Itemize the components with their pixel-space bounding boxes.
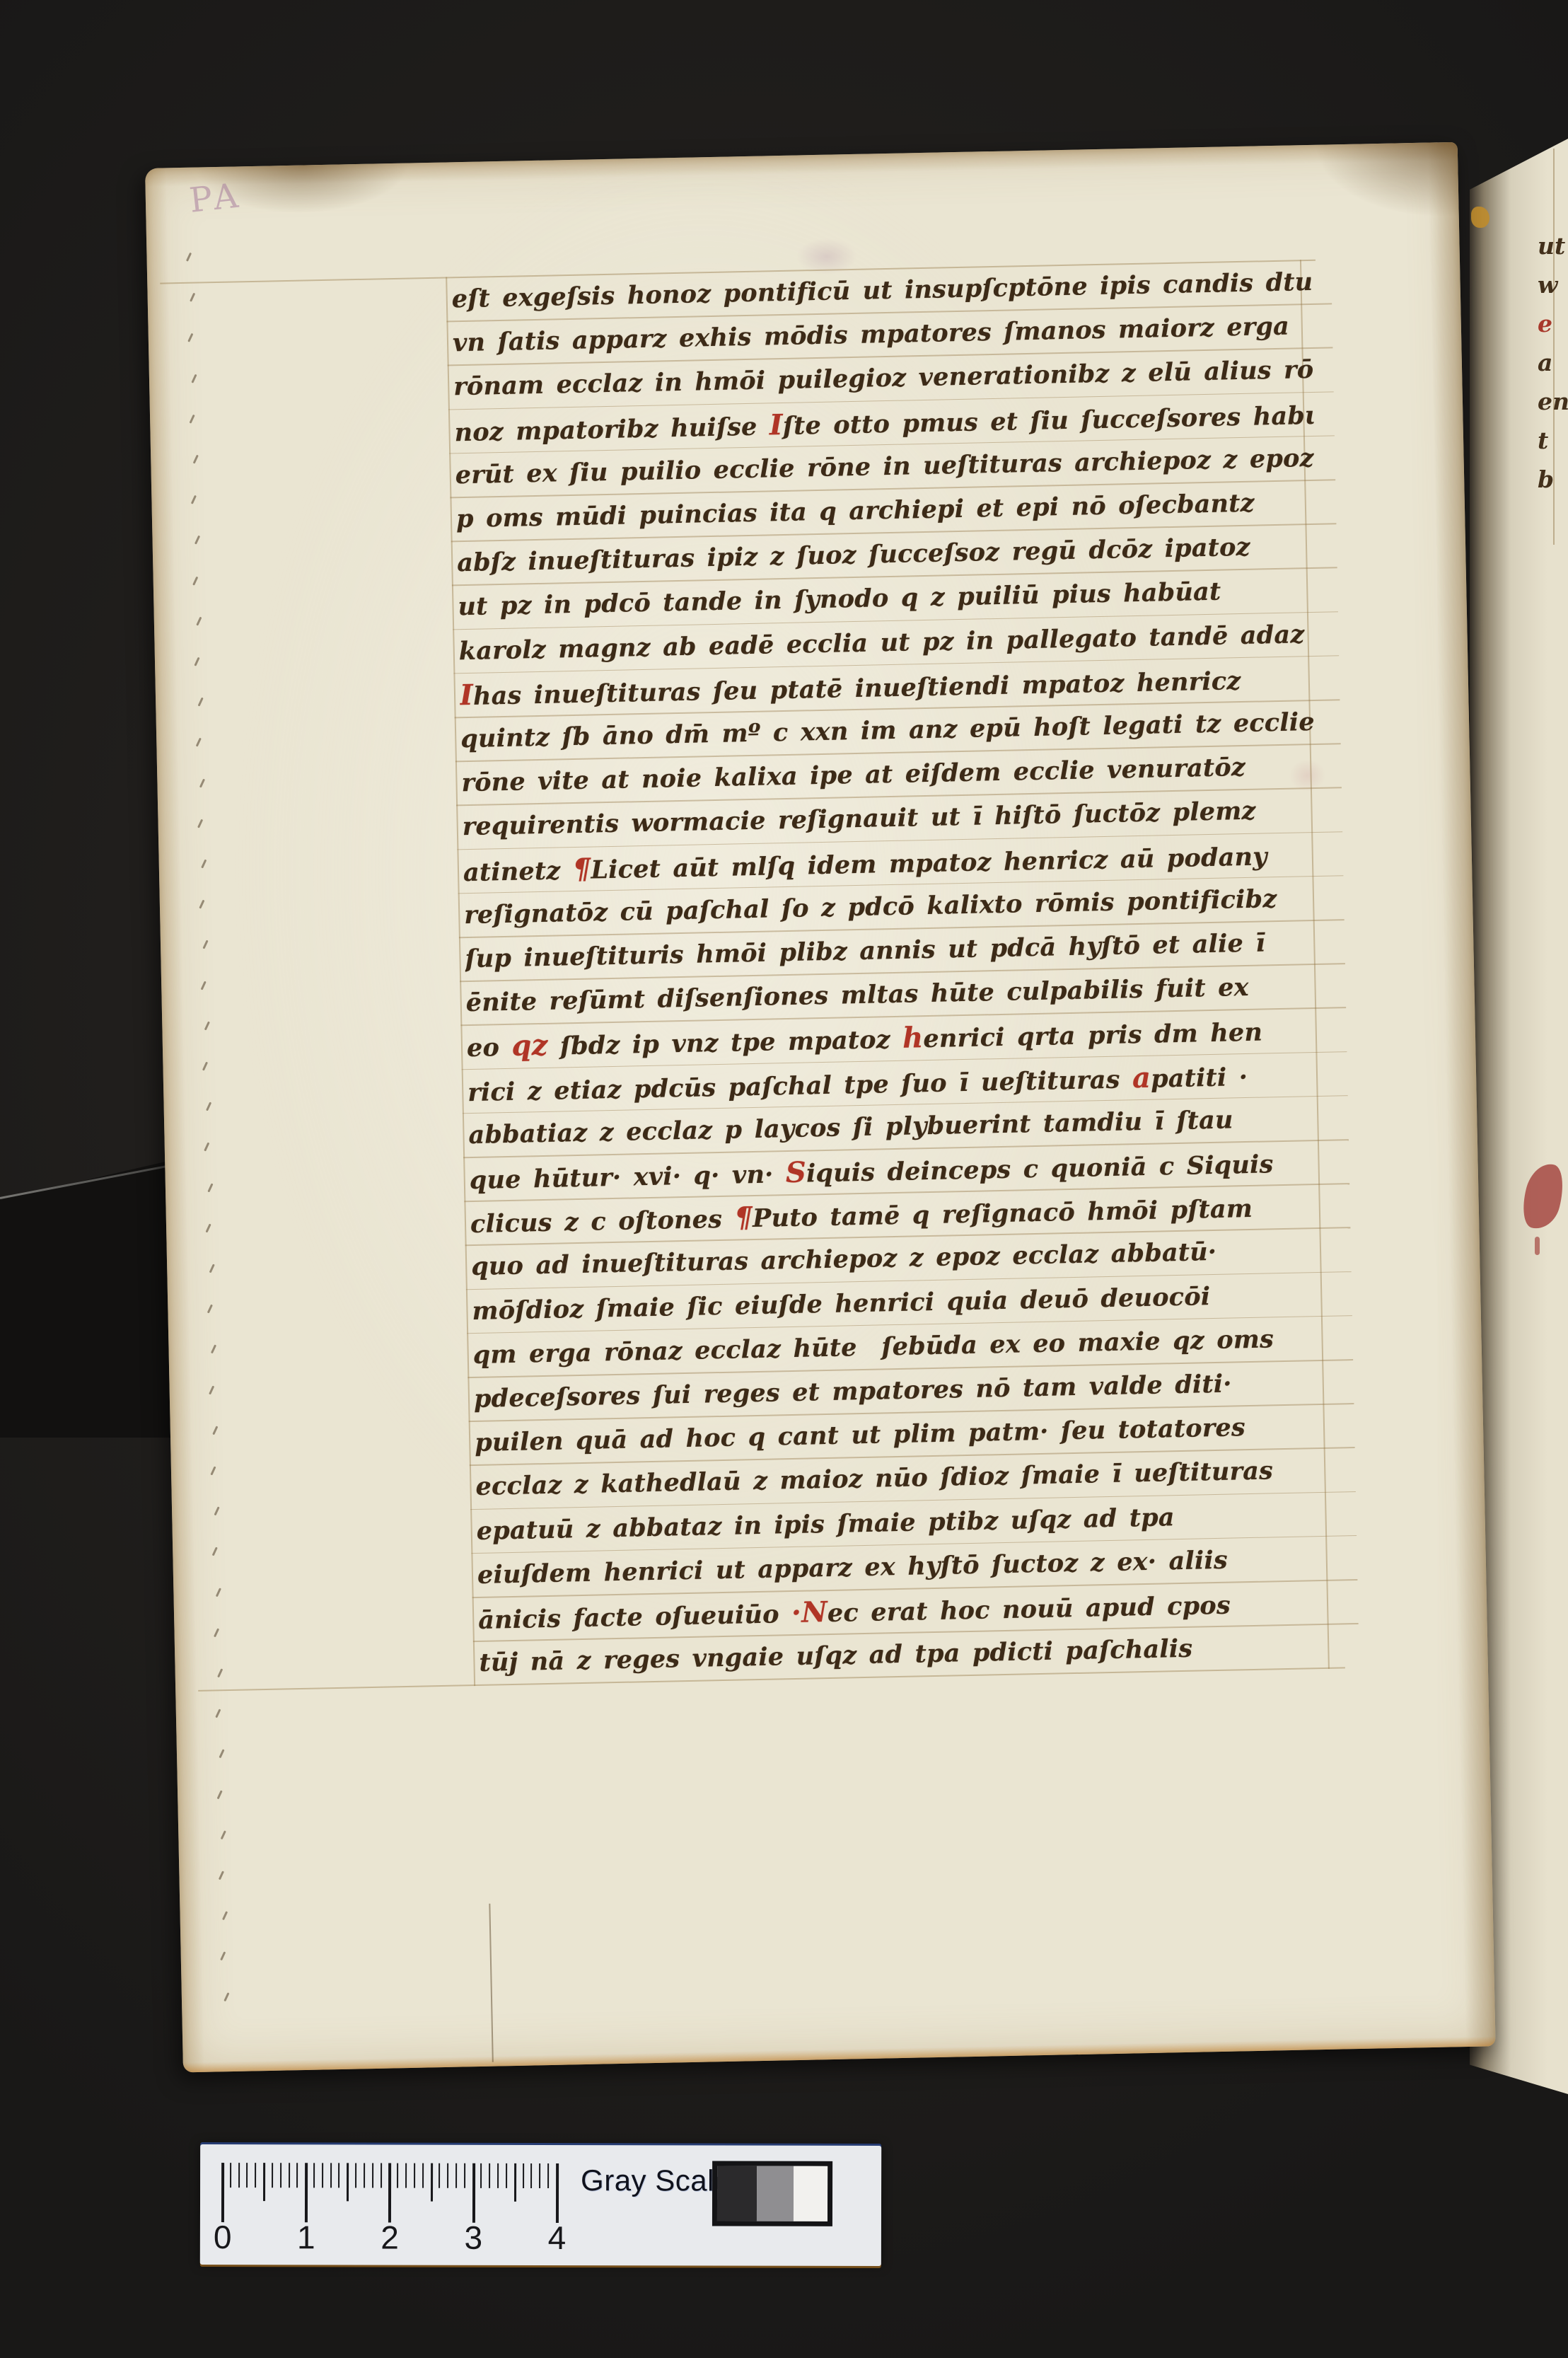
ruler-tick-minor [405, 2163, 407, 2188]
patch-white [794, 2166, 827, 2221]
ruler-tick-minor [372, 2163, 373, 2188]
ink-text: quo ad inueſtituras archiepoz z epoz ecc… [471, 1237, 1217, 1281]
facing-fragment: t [1538, 427, 1548, 454]
ink-text: puilen quā ad hoc q cant ut plim patm· ſ… [475, 1413, 1245, 1457]
ink-text: ecclaz z kathedlaū z maioz nūo ſdioz ſma… [475, 1457, 1273, 1502]
ink-text: abſz inueſtituras ipiz z ſuoz ſucceſsoz … [457, 533, 1250, 578]
ink-text: patiti · [1151, 1063, 1248, 1094]
ruler-tick-half [514, 2163, 516, 2202]
ruler-tick-minor [255, 2163, 256, 2187]
ruler-number: 1 [297, 2218, 315, 2256]
ink-text: requirentis wormacie reſignauit ut ī hiſ… [462, 797, 1256, 842]
rubricated-text: h [902, 1022, 924, 1056]
ruler-tick-minor [539, 2163, 540, 2188]
ink-text: rici z etiaz pdcūs paſchal tpe ſuo ī ueſ… [468, 1065, 1132, 1107]
ink-text: pdeceſsores ſui reges et mpatores nō tam… [474, 1370, 1232, 1414]
gray-scale-patch [712, 2161, 832, 2226]
ruler-tick-minor [480, 2163, 482, 2188]
rubricated-text: a [1132, 1060, 1151, 1094]
ink-text: iquis deinceps c quoniā c Siquis [806, 1150, 1274, 1188]
ruler-tick-minor [547, 2163, 549, 2188]
photo-stage: utweaentb PA eſt exgeſsis honoz pontific… [0, 0, 1568, 2358]
ruler-number: 0 [214, 2218, 232, 2256]
ruler-tick-minor [289, 2163, 290, 2187]
ruler-tick-half [431, 2163, 433, 2202]
ruler-tick-major [556, 2163, 559, 2223]
text-block: eſt exgeſsis honoz pontificū ut insupſcp… [145, 142, 1496, 2073]
rubricated-text: I [769, 408, 783, 441]
ruler-tick-minor [230, 2163, 231, 2187]
ruler-tick-minor [330, 2163, 332, 2187]
ruler-tick-minor [313, 2163, 315, 2187]
facing-fragment: ut [1538, 232, 1565, 260]
ruler-tick-minor [364, 2163, 365, 2187]
rubricated-text: I [460, 678, 474, 712]
rubricated-text: ¶ [572, 852, 591, 886]
ruler-tick-minor [247, 2163, 248, 2187]
ruler-tick-minor [530, 2163, 532, 2188]
rubricated-text: S [785, 1156, 806, 1190]
ink-text: abbatiaz z ecclaz p laycos ſi plybuerint… [468, 1105, 1233, 1150]
ruler-tick-minor [381, 2163, 382, 2188]
ruler-tick-minor [280, 2163, 281, 2187]
ruler-tick-minor [355, 2163, 356, 2187]
ruler-tick-minor [489, 2163, 490, 2188]
ruler-tick-minor [272, 2163, 273, 2187]
facing-fragment: en [1538, 388, 1568, 415]
ruler-tick-minor [296, 2163, 298, 2187]
facing-fragment: a [1538, 349, 1552, 376]
ink-text: qm erga rōnaz ecclaz hūte ſebūda ex eo m… [472, 1324, 1274, 1370]
ink-text: eo [467, 1033, 512, 1063]
ruler-tick-minor [439, 2163, 440, 2188]
ink-text: clicus z c oſtones [470, 1205, 735, 1239]
ruler-tick-minor [397, 2163, 398, 2188]
patch-black [717, 2166, 757, 2221]
facing-red-initial-tail [1535, 1237, 1540, 1255]
ink-text: ānicis facte oſueuiūo [478, 1600, 792, 1635]
ruler-tick-minor [322, 2163, 323, 2187]
ink-text: rōne vite at noie kalixa ipe at eiſdem e… [461, 753, 1245, 797]
patch-gray [757, 2166, 794, 2221]
ink-text: mōſdioz ſmaie ſic eiuſde henrici quia de… [472, 1282, 1211, 1326]
ink-text: eſt exgeſsis honoz pontificū ut insupſcp… [451, 267, 1311, 313]
ink-text: eiuſdem henrici ut apparz ex hyſtō ſucto… [477, 1545, 1229, 1589]
ink-text: has inueſtituras ſeu ptatē inueſtiendi m… [473, 666, 1241, 711]
facing-fragment: w [1538, 271, 1557, 299]
ink-text: reſignatōz cū paſchal ſo z pdcō kalixto … [464, 884, 1277, 930]
manuscript-page: PA eſt exgeſsis honoz pontificū ut insup… [145, 142, 1496, 2073]
facing-fragment-red: e [1538, 310, 1552, 337]
ruler-ticks [200, 2144, 881, 2146]
ink-text: enrici qrta pris dm hen [923, 1018, 1262, 1054]
ruler-tick-major [221, 2163, 224, 2222]
ruler-tick-major [305, 2163, 308, 2222]
facing-red-initial-blob [1517, 1160, 1568, 1233]
ruler-tick-minor [339, 2163, 340, 2187]
ink-text: ſup inueſtituris hmōi plibz annis ut pdc… [465, 928, 1265, 973]
ink-text: ut pz in pdcō tande in ſynodo q z puiliū… [458, 577, 1221, 622]
facing-fragment: b [1538, 466, 1554, 493]
ruler-tick-minor [238, 2163, 240, 2187]
ink-text: ſbdz ip vnz tpe mpatoz [547, 1025, 902, 1061]
ink-text: ec erat hoc nouū apud cpos [827, 1591, 1231, 1628]
ruler-tick-half [347, 2163, 349, 2201]
ruler-number: 2 [381, 2219, 399, 2257]
rubricated-text: N [801, 1595, 828, 1629]
ink-text: tūj nā z reges vngaie uſqz ad tpa pdicti… [479, 1634, 1192, 1677]
ink-text: ſte otto pmus et ſiu ſucceſsores habu [782, 400, 1314, 440]
rubricated-text: ¶ [734, 1201, 753, 1235]
ink-text: que hūtur· xvi· q· vn· [469, 1160, 786, 1195]
ink-text: Puto tamē q reſignacō hmōi pſtam [753, 1194, 1253, 1233]
gray-scale-label: Gray Scale [581, 2163, 731, 2197]
ruler-number: 4 [548, 2219, 567, 2257]
rubricated-text: · [791, 1596, 802, 1629]
ruler-card: 01234 Gray Scale [200, 2144, 881, 2266]
ruler-number: 3 [464, 2219, 482, 2257]
headband [1471, 207, 1489, 228]
ruler-tick-minor [455, 2163, 457, 2188]
ruler-tick-major [388, 2163, 391, 2223]
ink-text: noz mpatoribz huiſse [454, 412, 770, 447]
rubricated-text: qz [511, 1029, 548, 1063]
ink-text: Licet aūt mlſq idem mpatoz henricz aū po… [591, 842, 1267, 884]
ink-text: atinetz [463, 856, 573, 887]
ruler-tick-major [472, 2163, 475, 2223]
ruler-numbers: 01234 [200, 2144, 881, 2146]
ruler-tick-minor [497, 2163, 499, 2188]
ruler-tick-minor [414, 2163, 415, 2188]
ink-text: epatuū z abbataz in ipis ſmaie ptibz uſq… [476, 1503, 1175, 1546]
ruler-tick-half [263, 2163, 265, 2201]
ink-text: ēnite reſūmt diſsenſiones mltas hūte cul… [465, 973, 1249, 1017]
ruler-tick-minor [506, 2163, 507, 2188]
ruler-tick-minor [447, 2163, 448, 2188]
ruler-tick-minor [422, 2163, 424, 2188]
ink-text: p oms mūdi puincias ita q archiepi et ep… [456, 489, 1255, 534]
ruler-tick-minor [523, 2163, 524, 2188]
ruler-tick-minor [464, 2163, 465, 2188]
